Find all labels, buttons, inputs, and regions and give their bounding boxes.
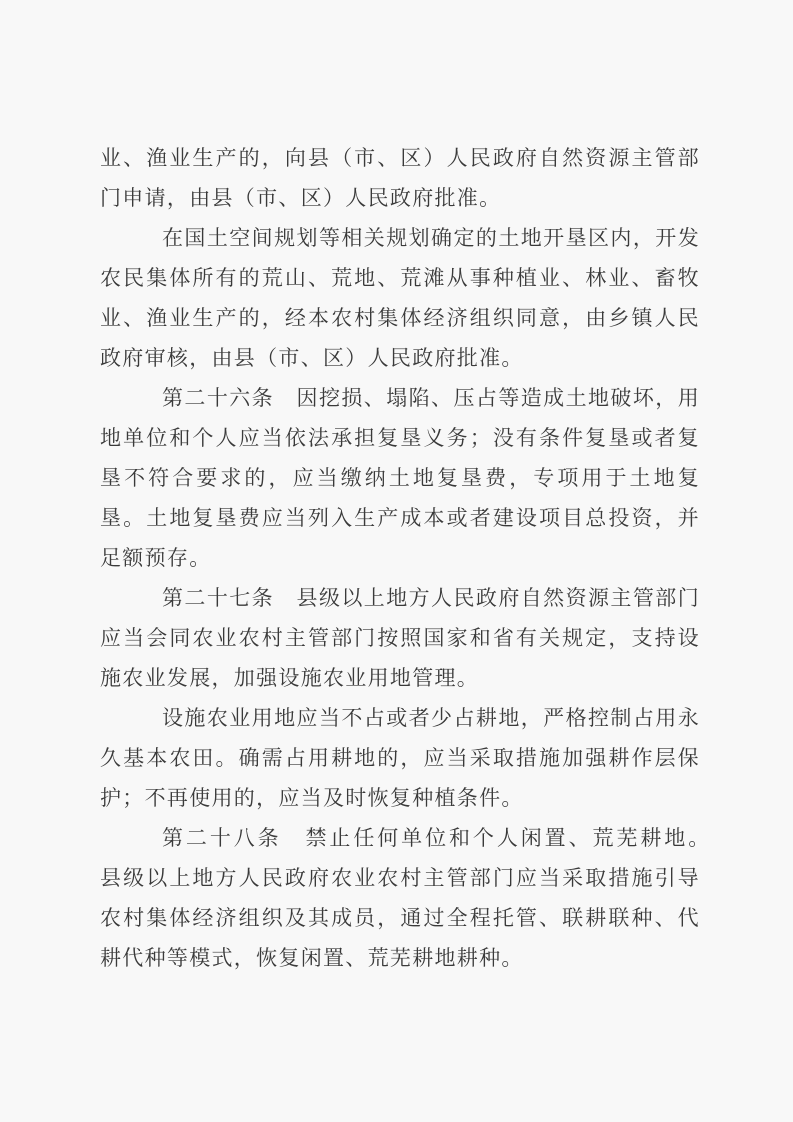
paragraph-article-27: 第二十七条 县级以上地方人民政府自然资源主管部门应当会同农业农村主管部门按照国家… xyxy=(100,578,700,698)
paragraph-article-28: 第二十八条 禁止任何单位和个人闲置、荒芜耕地。 县级以上地方人民政府农业农村主管… xyxy=(100,818,700,978)
document-text-block: 业、渔业生产的，向县（市、区）人民政府自然资源主管部门申请，由县（市、区）人民政… xyxy=(100,138,700,978)
paragraph-facility-agriculture-land: 设施农业用地应当不占或者少占耕地，严格控制占用永久基本农田。确需占用耕地的，应当… xyxy=(100,698,700,818)
paragraph-continuation: 业、渔业生产的，向县（市、区）人民政府自然资源主管部门申请，由县（市、区）人民政… xyxy=(100,138,700,218)
paragraph-article-26: 第二十六条 因挖损、塌陷、压占等造成土地破坏，用地单位和个人应当依法承担复垦义务… xyxy=(100,378,700,578)
paragraph-land-reclamation-zone: 在国土空间规划等相关规划确定的土地开垦区内，开发农民集体所有的荒山、荒地、荒滩从… xyxy=(100,218,700,378)
document-page: 业、渔业生产的，向县（市、区）人民政府自然资源主管部门申请，由县（市、区）人民政… xyxy=(0,0,793,1122)
